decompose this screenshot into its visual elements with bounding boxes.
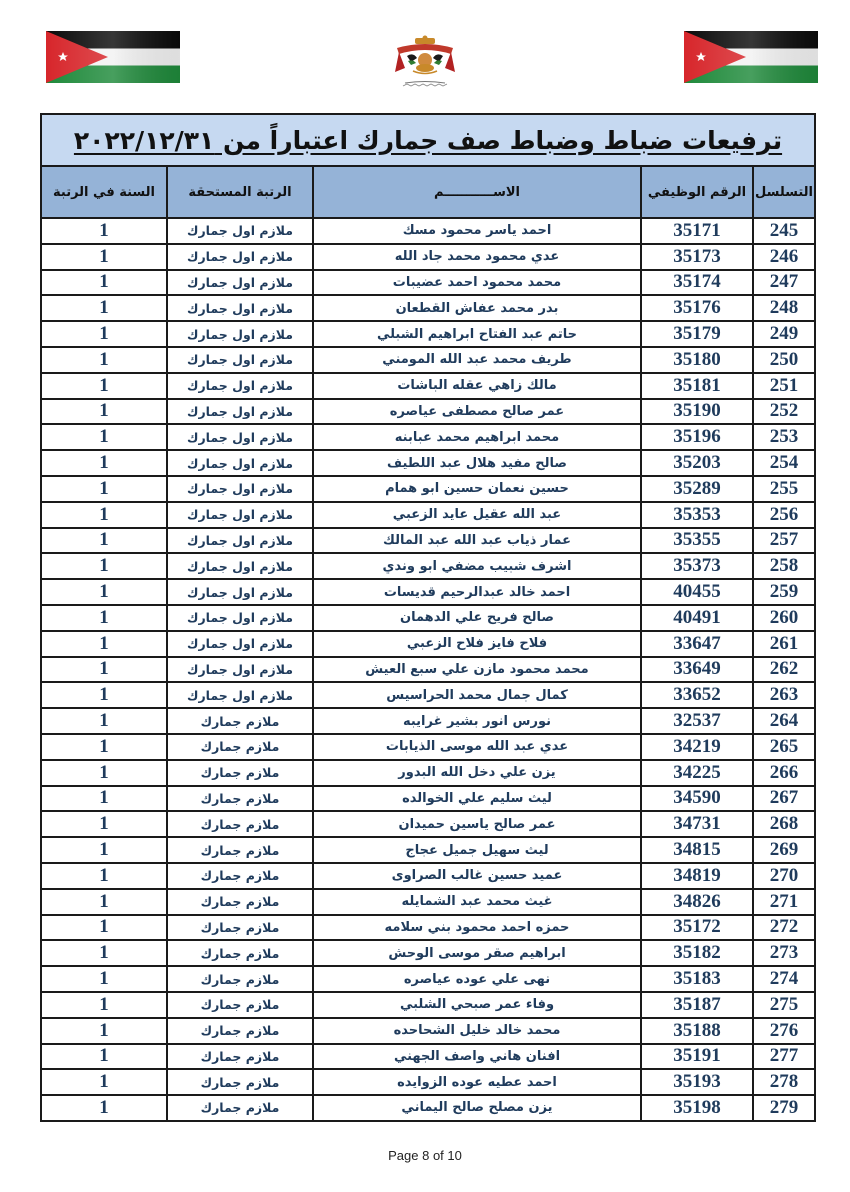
cell-seq: 270 xyxy=(753,863,815,889)
cell-years-in-rank: 1 xyxy=(41,270,167,296)
cell-years-in-rank: 1 xyxy=(41,863,167,889)
cell-seq: 267 xyxy=(753,786,815,812)
cell-employee-id: 35171 xyxy=(641,218,753,244)
cell-employee-id: 40455 xyxy=(641,579,753,605)
cell-seq: 266 xyxy=(753,760,815,786)
table-row: 27134826غيث محمد عبد الشمايلهملازم جمارك… xyxy=(41,889,815,915)
cell-rank: ملازم جمارك xyxy=(167,760,313,786)
cell-years-in-rank: 1 xyxy=(41,760,167,786)
table-row: 26333652كمال جمال محمد الحراسيسملازم اول… xyxy=(41,682,815,708)
cell-name: ابراهيم صقر موسى الوحش xyxy=(313,940,641,966)
cell-rank: ملازم اول جمارك xyxy=(167,424,313,450)
cell-years-in-rank: 1 xyxy=(41,1069,167,1095)
cell-employee-id: 35353 xyxy=(641,502,753,528)
cell-years-in-rank: 1 xyxy=(41,605,167,631)
cell-name: عمار ذياب عبد الله عبد المالك xyxy=(313,528,641,554)
cell-years-in-rank: 1 xyxy=(41,399,167,425)
table-row: 25435203صالح مفيد هلال عبد اللطيفملازم ا… xyxy=(41,450,815,476)
cell-employee-id: 34815 xyxy=(641,837,753,863)
table-row: 27335182ابراهيم صقر موسى الوحشملازم جمار… xyxy=(41,940,815,966)
table-row: 24535171احمد ياسر محمود مسكملازم اول جما… xyxy=(41,218,815,244)
cell-rank: ملازم اول جمارك xyxy=(167,682,313,708)
cell-employee-id: 34819 xyxy=(641,863,753,889)
cell-name: عبد الله عقيل عايد الزعبي xyxy=(313,502,641,528)
table-row: 25235190عمر صالح مصطفى عياصرهملازم اول ج… xyxy=(41,399,815,425)
cell-rank: ملازم جمارك xyxy=(167,1018,313,1044)
cell-seq: 249 xyxy=(753,321,815,347)
cell-seq: 254 xyxy=(753,450,815,476)
cell-years-in-rank: 1 xyxy=(41,476,167,502)
cell-rank: ملازم اول جمارك xyxy=(167,631,313,657)
cell-rank: ملازم جمارك xyxy=(167,915,313,941)
cell-seq: 252 xyxy=(753,399,815,425)
cell-seq: 258 xyxy=(753,553,815,579)
cell-name: كمال جمال محمد الحراسيس xyxy=(313,682,641,708)
table-row: 25135181مالك زاهي عقله الباشاتملازم اول … xyxy=(41,373,815,399)
cell-rank: ملازم اول جمارك xyxy=(167,295,313,321)
cell-rank: ملازم جمارك xyxy=(167,708,313,734)
cell-rank: ملازم جمارك xyxy=(167,734,313,760)
cell-seq: 273 xyxy=(753,940,815,966)
cell-rank: ملازم اول جمارك xyxy=(167,528,313,554)
cell-years-in-rank: 1 xyxy=(41,915,167,941)
cell-name: عمر صالح مصطفى عياصره xyxy=(313,399,641,425)
cell-rank: ملازم اول جمارك xyxy=(167,605,313,631)
table-row: 26834731عمر صالح ياسين حميدانملازم جمارك… xyxy=(41,811,815,837)
cell-employee-id: 40491 xyxy=(641,605,753,631)
cell-seq: 245 xyxy=(753,218,815,244)
column-header-id: الرقم الوظيفي xyxy=(641,166,753,218)
table-row: 27835193احمد عطيه عوده الزوايدهملازم جما… xyxy=(41,1069,815,1095)
cell-years-in-rank: 1 xyxy=(41,708,167,734)
cell-rank: ملازم اول جمارك xyxy=(167,579,313,605)
cell-seq: 276 xyxy=(753,1018,815,1044)
cell-name: احمد ياسر محمود مسك xyxy=(313,218,641,244)
cell-seq: 269 xyxy=(753,837,815,863)
table-row: 24935179حاتم عبد الفتاح ابراهيم الشبليمل… xyxy=(41,321,815,347)
table-row: 27635188محمد خالد خليل الشحاحدهملازم جما… xyxy=(41,1018,815,1044)
table-row: 27735191افنان هاني واصف الجهنيملازم جمار… xyxy=(41,1044,815,1070)
cell-name: احمد عطيه عوده الزوايده xyxy=(313,1069,641,1095)
cell-name: نورس انور بشير غرايبه xyxy=(313,708,641,734)
table-row: 26634225يزن علي دخل الله البدورملازم جما… xyxy=(41,760,815,786)
cell-name: وفاء عمر صبحي الشلبي xyxy=(313,992,641,1018)
table-row: 26040491صالح فريح علي الدهمانملازم اول ج… xyxy=(41,605,815,631)
cell-employee-id: 34219 xyxy=(641,734,753,760)
column-header-rank: الرتبة المستحقة xyxy=(167,166,313,218)
cell-years-in-rank: 1 xyxy=(41,321,167,347)
cell-employee-id: 35289 xyxy=(641,476,753,502)
flag-icon xyxy=(46,31,180,83)
cell-years-in-rank: 1 xyxy=(41,992,167,1018)
table-row: 26432537نورس انور بشير غرايبهملازم جمارك… xyxy=(41,708,815,734)
cell-name: عمر صالح ياسين حميدان xyxy=(313,811,641,837)
cell-years-in-rank: 1 xyxy=(41,786,167,812)
cell-years-in-rank: 1 xyxy=(41,837,167,863)
cell-employee-id: 32537 xyxy=(641,708,753,734)
cell-seq: 264 xyxy=(753,708,815,734)
cell-employee-id: 35183 xyxy=(641,966,753,992)
cell-seq: 259 xyxy=(753,579,815,605)
cell-seq: 265 xyxy=(753,734,815,760)
cell-years-in-rank: 1 xyxy=(41,966,167,992)
table-row: 27935198يزن مصلح صالح اليمانيملازم جمارك… xyxy=(41,1095,815,1121)
cell-name: يزن علي دخل الله البدور xyxy=(313,760,641,786)
cell-employee-id: 35179 xyxy=(641,321,753,347)
cell-name: حمزه احمد محمود بني سلامه xyxy=(313,915,641,941)
cell-employee-id: 35190 xyxy=(641,399,753,425)
table-row: 27435183نهى علي عوده عياصرهملازم جمارك1 xyxy=(41,966,815,992)
cell-name: حاتم عبد الفتاح ابراهيم الشبلي xyxy=(313,321,641,347)
cell-employee-id: 35355 xyxy=(641,528,753,554)
cell-employee-id: 33649 xyxy=(641,657,753,683)
cell-seq: 255 xyxy=(753,476,815,502)
column-header-years: السنة في الرتبة xyxy=(41,166,167,218)
cell-name: عدي عبد الله موسى الذيابات xyxy=(313,734,641,760)
cell-rank: ملازم اول جمارك xyxy=(167,244,313,270)
cell-employee-id: 34225 xyxy=(641,760,753,786)
cell-name: محمد محمود مازن علي سبع العيش xyxy=(313,657,641,683)
cell-name: بدر محمد عفاش القطعان xyxy=(313,295,641,321)
cell-name: مالك زاهي عقله الباشات xyxy=(313,373,641,399)
cell-rank: ملازم جمارك xyxy=(167,940,313,966)
cell-rank: ملازم اول جمارك xyxy=(167,553,313,579)
cell-seq: 272 xyxy=(753,915,815,941)
cell-years-in-rank: 1 xyxy=(41,579,167,605)
cell-years-in-rank: 1 xyxy=(41,528,167,554)
cell-employee-id: 35176 xyxy=(641,295,753,321)
table-row: 25535289حسين نعمان حسين ابو همامملازم او… xyxy=(41,476,815,502)
table-row: 27235172حمزه احمد محمود بني سلامهملازم ج… xyxy=(41,915,815,941)
cell-rank: ملازم جمارك xyxy=(167,992,313,1018)
cell-years-in-rank: 1 xyxy=(41,811,167,837)
cell-name: ليث سهيل جميل عجاج xyxy=(313,837,641,863)
cell-rank: ملازم جمارك xyxy=(167,1044,313,1070)
cell-years-in-rank: 1 xyxy=(41,657,167,683)
cell-name: عدي محمود محمد جاد الله xyxy=(313,244,641,270)
cell-employee-id: 35373 xyxy=(641,553,753,579)
cell-employee-id: 35187 xyxy=(641,992,753,1018)
cell-employee-id: 35180 xyxy=(641,347,753,373)
table-row: 25835373اشرف شبيب مضفي ابو ونديملازم اول… xyxy=(41,553,815,579)
cell-seq: 268 xyxy=(753,811,815,837)
table-row: 24635173عدي محمود محمد جاد اللهملازم اول… xyxy=(41,244,815,270)
cell-name: عميد حسين غالب الصراوى xyxy=(313,863,641,889)
column-header-name: الاســـــــــــم xyxy=(313,166,641,218)
table-row: 26534219عدي عبد الله موسى الذياباتملازم … xyxy=(41,734,815,760)
cell-seq: 247 xyxy=(753,270,815,296)
cell-name: يزن مصلح صالح اليماني xyxy=(313,1095,641,1121)
cell-seq: 277 xyxy=(753,1044,815,1070)
cell-employee-id: 33652 xyxy=(641,682,753,708)
table-row: 25035180طريف محمد عبد الله المومنيملازم … xyxy=(41,347,815,373)
table-row: 26133647فلاح فايز فلاح الزعبيملازم اول ج… xyxy=(41,631,815,657)
cell-rank: ملازم اول جمارك xyxy=(167,502,313,528)
cell-rank: ملازم جمارك xyxy=(167,786,313,812)
cell-employee-id: 35196 xyxy=(641,424,753,450)
cell-seq: 262 xyxy=(753,657,815,683)
cell-rank: ملازم جمارك xyxy=(167,966,313,992)
table-row: 24735174محمد محمود احمد عضيباتملازم اول … xyxy=(41,270,815,296)
cell-rank: ملازم اول جمارك xyxy=(167,657,313,683)
table-row: 26734590ليث سليم علي الخوالدهملازم جمارك… xyxy=(41,786,815,812)
cell-name: محمد محمود احمد عضيبات xyxy=(313,270,641,296)
page-number: Page 8 of 10 xyxy=(0,1148,850,1163)
cell-years-in-rank: 1 xyxy=(41,424,167,450)
table-row: 27535187وفاء عمر صبحي الشلبيملازم جمارك1 xyxy=(41,992,815,1018)
table-row: 24835176بدر محمد عفاش القطعانملازم اول ج… xyxy=(41,295,815,321)
cell-seq: 251 xyxy=(753,373,815,399)
royal-crest-emblem xyxy=(375,34,475,90)
cell-name: محمد ابراهيم محمد عبابنه xyxy=(313,424,641,450)
cell-years-in-rank: 1 xyxy=(41,682,167,708)
cell-rank: ملازم اول جمارك xyxy=(167,476,313,502)
cell-employee-id: 35181 xyxy=(641,373,753,399)
cell-rank: ملازم جمارك xyxy=(167,837,313,863)
cell-rank: ملازم جمارك xyxy=(167,863,313,889)
cell-name: محمد خالد خليل الشحاحده xyxy=(313,1018,641,1044)
cell-rank: ملازم اول جمارك xyxy=(167,399,313,425)
cell-years-in-rank: 1 xyxy=(41,218,167,244)
cell-name: صالح فريح علي الدهمان xyxy=(313,605,641,631)
cell-name: اشرف شبيب مضفي ابو وندي xyxy=(313,553,641,579)
table-body: 24535171احمد ياسر محمود مسكملازم اول جما… xyxy=(41,218,815,1121)
cell-seq: 253 xyxy=(753,424,815,450)
cell-name: فلاح فايز فلاح الزعبي xyxy=(313,631,641,657)
jordan-flag-left xyxy=(46,31,180,83)
cell-name: غيث محمد عبد الشمايله xyxy=(313,889,641,915)
flag-icon xyxy=(684,31,818,83)
cell-employee-id: 34826 xyxy=(641,889,753,915)
cell-name: طريف محمد عبد الله المومني xyxy=(313,347,641,373)
cell-name: ليث سليم علي الخوالده xyxy=(313,786,641,812)
table-row: 25635353عبد الله عقيل عايد الزعبيملازم ا… xyxy=(41,502,815,528)
cell-rank: ملازم جمارك xyxy=(167,811,313,837)
cell-rank: ملازم جمارك xyxy=(167,1095,313,1121)
cell-years-in-rank: 1 xyxy=(41,1095,167,1121)
crest-icon xyxy=(375,34,475,90)
promotions-table: ترفيعات ضباط وضباط صف جمارك اعتباراً من … xyxy=(40,113,816,1122)
cell-seq: 248 xyxy=(753,295,815,321)
cell-seq: 250 xyxy=(753,347,815,373)
page-title: ترفيعات ضباط وضباط صف جمارك اعتباراً من … xyxy=(74,126,782,155)
cell-seq: 275 xyxy=(753,992,815,1018)
cell-years-in-rank: 1 xyxy=(41,734,167,760)
cell-name: افنان هاني واصف الجهني xyxy=(313,1044,641,1070)
column-header-seq: التسلسل xyxy=(753,166,815,218)
cell-years-in-rank: 1 xyxy=(41,1044,167,1070)
cell-seq: 278 xyxy=(753,1069,815,1095)
cell-seq: 261 xyxy=(753,631,815,657)
jordan-flag-right xyxy=(684,31,818,83)
cell-seq: 263 xyxy=(753,682,815,708)
cell-years-in-rank: 1 xyxy=(41,373,167,399)
cell-employee-id: 34731 xyxy=(641,811,753,837)
table-row: 25940455احمد خالد عبدالرحيم قديساتملازم … xyxy=(41,579,815,605)
cell-rank: ملازم اول جمارك xyxy=(167,321,313,347)
cell-years-in-rank: 1 xyxy=(41,450,167,476)
cell-years-in-rank: 1 xyxy=(41,502,167,528)
cell-seq: 279 xyxy=(753,1095,815,1121)
cell-rank: ملازم اول جمارك xyxy=(167,347,313,373)
cell-employee-id: 35193 xyxy=(641,1069,753,1095)
table-row: 26934815ليث سهيل جميل عجاجملازم جمارك1 xyxy=(41,837,815,863)
cell-rank: ملازم جمارك xyxy=(167,889,313,915)
cell-rank: ملازم جمارك xyxy=(167,1069,313,1095)
cell-employee-id: 35174 xyxy=(641,270,753,296)
cell-rank: ملازم اول جمارك xyxy=(167,218,313,244)
table-row: 27034819عميد حسين غالب الصراوىملازم جمار… xyxy=(41,863,815,889)
cell-years-in-rank: 1 xyxy=(41,347,167,373)
cell-seq: 257 xyxy=(753,528,815,554)
cell-employee-id: 35172 xyxy=(641,915,753,941)
cell-employee-id: 33647 xyxy=(641,631,753,657)
table-row: 25335196محمد ابراهيم محمد عبابنهملازم او… xyxy=(41,424,815,450)
table-row: 26233649محمد محمود مازن علي سبع العيشملا… xyxy=(41,657,815,683)
cell-years-in-rank: 1 xyxy=(41,631,167,657)
cell-employee-id: 35203 xyxy=(641,450,753,476)
cell-employee-id: 34590 xyxy=(641,786,753,812)
cell-seq: 260 xyxy=(753,605,815,631)
table-title-cell: ترفيعات ضباط وضباط صف جمارك اعتباراً من … xyxy=(41,114,815,166)
cell-seq: 246 xyxy=(753,244,815,270)
cell-employee-id: 35182 xyxy=(641,940,753,966)
cell-employee-id: 35191 xyxy=(641,1044,753,1070)
cell-seq: 256 xyxy=(753,502,815,528)
cell-years-in-rank: 1 xyxy=(41,244,167,270)
cell-rank: ملازم اول جمارك xyxy=(167,373,313,399)
cell-employee-id: 35198 xyxy=(641,1095,753,1121)
cell-name: احمد خالد عبدالرحيم قديسات xyxy=(313,579,641,605)
cell-employee-id: 35188 xyxy=(641,1018,753,1044)
cell-seq: 274 xyxy=(753,966,815,992)
cell-name: نهى علي عوده عياصره xyxy=(313,966,641,992)
cell-seq: 271 xyxy=(753,889,815,915)
cell-rank: ملازم اول جمارك xyxy=(167,450,313,476)
table-row: 25735355عمار ذياب عبد الله عبد المالكملا… xyxy=(41,528,815,554)
cell-years-in-rank: 1 xyxy=(41,1018,167,1044)
cell-rank: ملازم اول جمارك xyxy=(167,270,313,296)
cell-name: حسين نعمان حسين ابو همام xyxy=(313,476,641,502)
cell-name: صالح مفيد هلال عبد اللطيف xyxy=(313,450,641,476)
cell-employee-id: 35173 xyxy=(641,244,753,270)
cell-years-in-rank: 1 xyxy=(41,889,167,915)
cell-years-in-rank: 1 xyxy=(41,295,167,321)
cell-years-in-rank: 1 xyxy=(41,553,167,579)
cell-years-in-rank: 1 xyxy=(41,940,167,966)
